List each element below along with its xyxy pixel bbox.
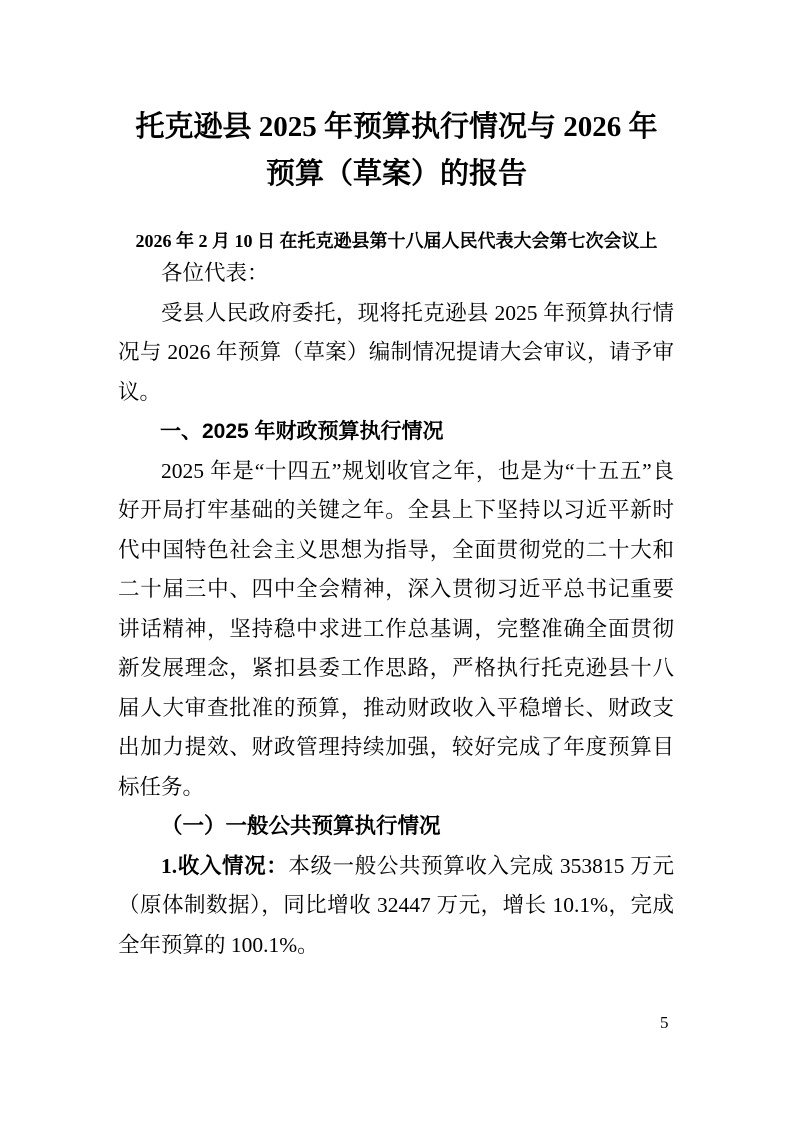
document-title-line1: 托克逊县 2025 年预算执行情况与 2026 年: [0, 104, 793, 151]
document-page: 托克逊县 2025 年预算执行情况与 2026 年 预算（草案）的报告 2026…: [0, 0, 793, 1122]
subsection1-heading: （一）一般公共预算执行情况: [118, 807, 674, 847]
page-number: 5: [660, 1013, 669, 1033]
salutation: 各位代表：: [118, 254, 674, 294]
document-body: 各位代表： 受县人民政府委托，现将托克逊县 2025 年预算执行情况与 2026…: [118, 254, 674, 965]
document-title: 托克逊县 2025 年预算执行情况与 2026 年 预算（草案）的报告: [0, 0, 793, 198]
income-paragraph: 1.收入情况：本级一般公共预算收入完成 353815 万元（原体制数据），同比增…: [118, 847, 674, 966]
document-subtitle: 2026 年 2 月 10 日 在托克逊县第十八届人民代表大会第七次会议上: [0, 228, 793, 254]
intro-paragraph: 受县人民政府委托，现将托克逊县 2025 年预算执行情况与 2026 年预算（草…: [118, 294, 674, 413]
document-title-line2: 预算（草案）的报告: [0, 151, 793, 198]
section1-paragraph: 2025 年是“十四五”规划收官之年，也是为“十五五”良好开局打牢基础的关键之年…: [118, 452, 674, 808]
section1-heading: 一、2025 年财政预算执行情况: [118, 412, 674, 452]
income-paragraph-lead: 1.收入情况：: [161, 854, 288, 878]
